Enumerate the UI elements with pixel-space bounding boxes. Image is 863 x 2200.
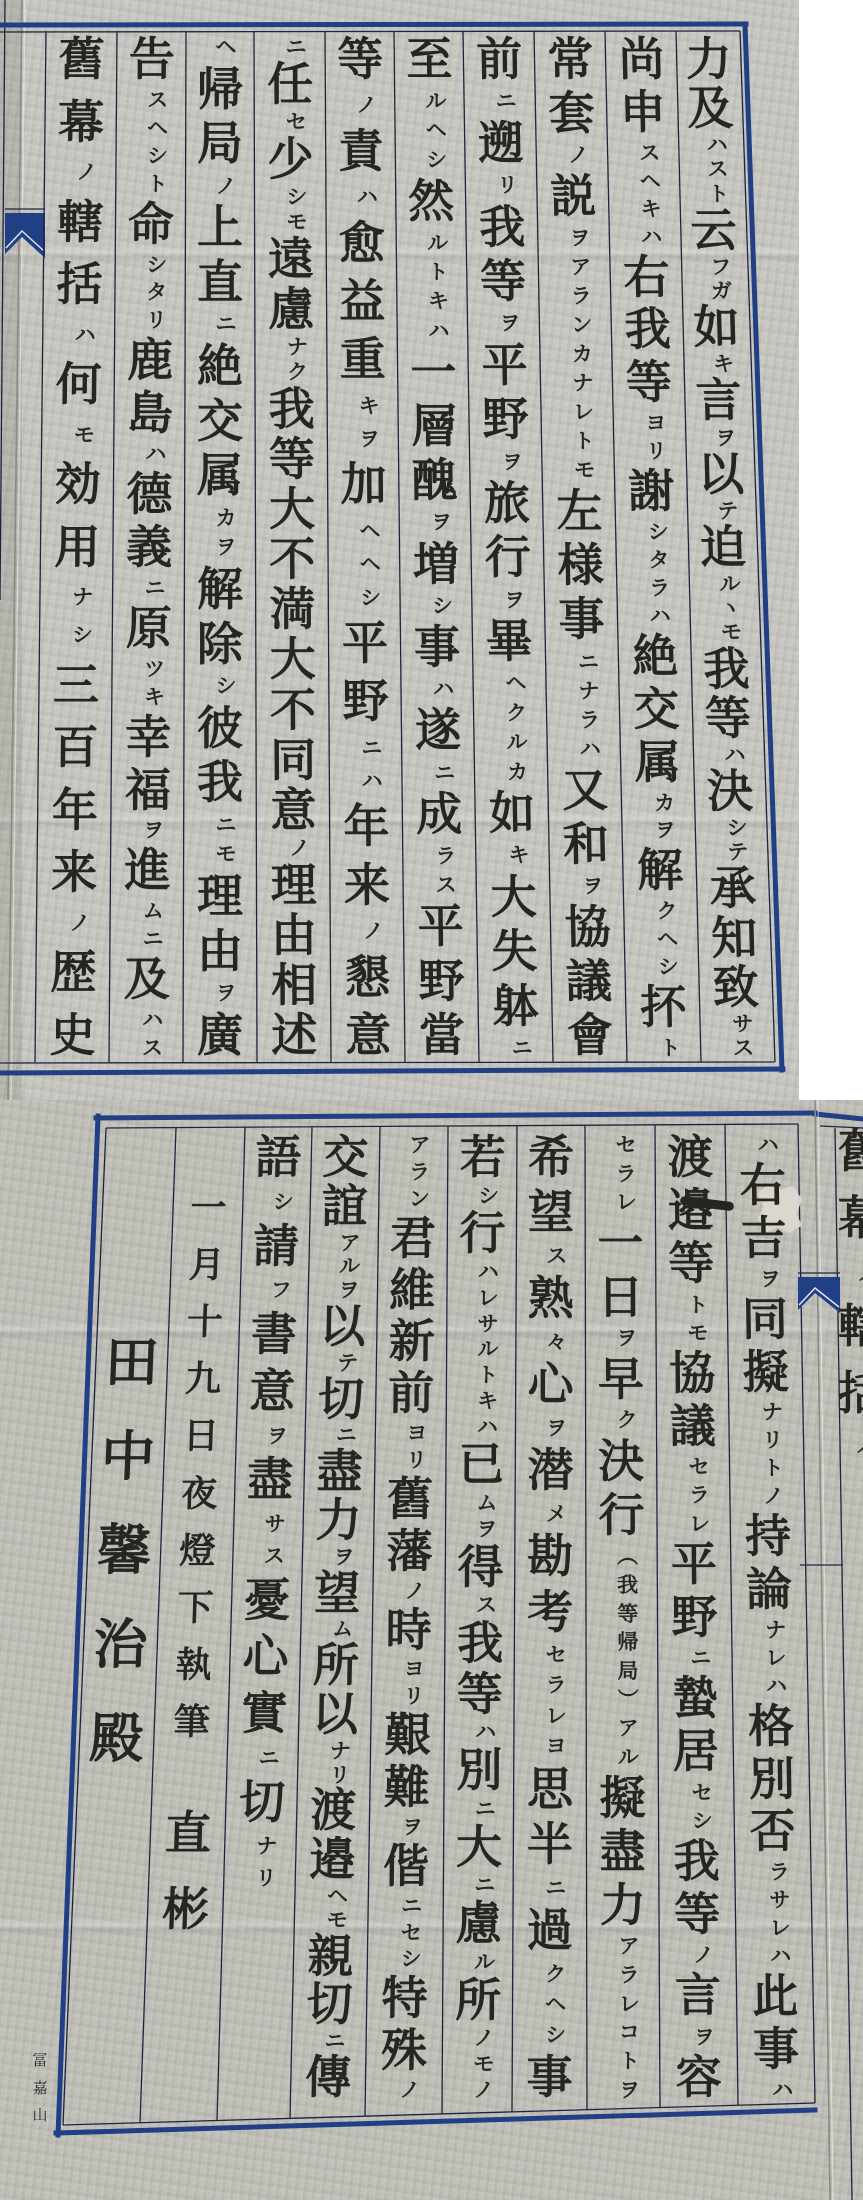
glyph: キ bbox=[144, 686, 165, 707]
glyph: 馨 bbox=[96, 1523, 152, 1577]
glyph: 以 bbox=[697, 451, 744, 497]
glyph: 帰 bbox=[617, 1631, 638, 1652]
glyph: 日 bbox=[598, 1274, 644, 1320]
glyph: ノ bbox=[404, 1580, 425, 1601]
glyph: キ bbox=[358, 395, 379, 416]
glyph: 一 bbox=[597, 1220, 643, 1266]
glyph: ヨ bbox=[404, 1658, 425, 1679]
glyph: 前 bbox=[476, 36, 523, 82]
glyph: 容 bbox=[676, 2054, 722, 2100]
glyph: 失 bbox=[491, 928, 538, 974]
glyph: 年 bbox=[343, 803, 389, 849]
glyph: ラ bbox=[570, 285, 591, 306]
glyph: 議 bbox=[565, 958, 612, 1004]
glyph: ル bbox=[427, 232, 448, 253]
glyph: ニ bbox=[336, 1424, 357, 1445]
glyph: ア bbox=[618, 1717, 639, 1738]
glyph: ヽ bbox=[720, 597, 742, 618]
glyph: 然 bbox=[408, 178, 455, 224]
glyph: モ bbox=[286, 211, 307, 232]
glyph: 局 bbox=[197, 120, 243, 166]
glyph: 盡 bbox=[316, 1448, 363, 1494]
glyph: 邉 bbox=[667, 1187, 713, 1233]
glyph: 考 bbox=[527, 1589, 573, 1635]
glyph: セ bbox=[546, 1644, 567, 1665]
glyph: 思 bbox=[527, 1766, 573, 1812]
glyph: ヘ bbox=[359, 520, 380, 541]
glyph: 躰 bbox=[492, 983, 539, 1029]
glyph: 田 bbox=[104, 1335, 160, 1389]
glyph: 至 bbox=[406, 36, 453, 82]
glyph: ヲ bbox=[476, 1518, 497, 1539]
glyph: ノ bbox=[568, 144, 589, 165]
glyph: ラ bbox=[435, 845, 456, 866]
glyph: 福 bbox=[125, 767, 171, 813]
glyph: ト bbox=[619, 2050, 640, 2071]
glyph: 平 bbox=[671, 1541, 717, 1587]
glyph: 下 bbox=[177, 1590, 214, 1626]
glyph: 々 bbox=[546, 1331, 567, 1352]
glyph: ス bbox=[142, 1037, 163, 1058]
glyph: 等 bbox=[668, 1240, 714, 1286]
text-column: 舊幕ノ轄括ハ何モ効用ナシ三百年来ノ歴史 bbox=[38, 36, 117, 1058]
glyph: ラ bbox=[579, 709, 600, 730]
glyph: ニ bbox=[144, 577, 165, 598]
glyph: ハ bbox=[772, 2079, 793, 2100]
glyph: 局 bbox=[617, 1660, 638, 1681]
glyph: 交 bbox=[197, 398, 243, 444]
glyph: 日 bbox=[183, 1418, 220, 1454]
glyph: ル bbox=[425, 90, 446, 111]
glyph: ヲ bbox=[546, 1417, 567, 1438]
glyph: モ bbox=[574, 459, 595, 480]
next-sheet-text-column: 舊幕ノ轄括ハ bbox=[826, 1128, 863, 1458]
glyph: 切 bbox=[306, 1981, 353, 2027]
glyph: 套 bbox=[548, 90, 595, 136]
glyph: 意 bbox=[270, 787, 316, 833]
glyph: 彬 bbox=[162, 1886, 210, 1932]
glyph: シ bbox=[400, 1948, 421, 1969]
glyph: ノ bbox=[763, 1485, 784, 1506]
glyph: ヲ bbox=[582, 875, 603, 896]
glyph: ハ bbox=[477, 1416, 498, 1437]
glyph: 邉 bbox=[309, 1836, 356, 1882]
glyph: カ bbox=[654, 792, 675, 813]
glyph: ラ bbox=[619, 1964, 640, 1985]
glyph: 属 bbox=[197, 452, 243, 498]
glyph: 等 bbox=[269, 436, 315, 482]
glyph: 會 bbox=[566, 1012, 613, 1058]
glyph: 艱 bbox=[384, 1712, 430, 1758]
glyph: ニ bbox=[474, 1874, 495, 1895]
glyph: 同 bbox=[741, 1296, 788, 1342]
glyph: 藩 bbox=[386, 1528, 432, 1574]
glyph: 懇 bbox=[345, 954, 391, 1000]
glyph: 偕 bbox=[383, 1843, 429, 1889]
glyph: ス bbox=[546, 1245, 567, 1266]
glyph: 論 bbox=[746, 1566, 793, 1612]
glyph: ン bbox=[571, 314, 592, 335]
glyph: ヲ bbox=[499, 312, 520, 333]
glyph: ラ bbox=[409, 1161, 430, 1182]
glyph: 所 bbox=[313, 1642, 360, 1688]
glyph: 属 bbox=[634, 739, 681, 785]
glyph: 等 bbox=[704, 695, 751, 741]
glyph: 冨 bbox=[32, 2053, 47, 2068]
glyph: 幸 bbox=[125, 714, 171, 760]
glyph: 常 bbox=[547, 36, 594, 82]
glyph: 熟 bbox=[528, 1275, 574, 1321]
paper-maker-mark: 冨嘉山 bbox=[28, 2053, 52, 2123]
glyph: リ bbox=[329, 1764, 350, 1785]
glyph: ラ bbox=[546, 1674, 567, 1695]
glyph: 傳 bbox=[305, 2054, 352, 2100]
glyph: 希 bbox=[528, 1134, 574, 1180]
glyph: 盡 bbox=[600, 1828, 646, 1874]
glyph: 命 bbox=[128, 201, 174, 247]
glyph: 加 bbox=[340, 461, 386, 507]
glyph: 慮 bbox=[455, 1900, 501, 1946]
glyph: ヲ bbox=[694, 2026, 715, 2047]
glyph: シ bbox=[545, 2024, 566, 2045]
glyph: リ bbox=[406, 1449, 427, 1470]
glyph: 直 bbox=[164, 1810, 212, 1856]
text-column: セラレ一日ヲ早ク決行︵我等帰局︶アル擬盡力アラレコトヲ bbox=[585, 1134, 659, 2100]
glyph: 任 bbox=[267, 61, 313, 107]
glyph: 持 bbox=[745, 1513, 792, 1559]
glyph: 居 bbox=[672, 1728, 718, 1774]
glyph: ヘ bbox=[426, 119, 447, 140]
glyph: ノ bbox=[76, 161, 97, 182]
glyph: レ bbox=[573, 401, 594, 422]
glyph: 一 bbox=[410, 349, 457, 395]
glyph: 心 bbox=[528, 1361, 574, 1407]
glyph: 月 bbox=[188, 1247, 225, 1283]
glyph: 事 bbox=[753, 2026, 800, 2072]
glyph: ニ bbox=[324, 2030, 345, 2051]
glyph: 和 bbox=[563, 821, 610, 867]
glyph: 渡 bbox=[667, 1134, 713, 1180]
glyph: 層 bbox=[411, 403, 458, 449]
glyph: リ bbox=[403, 1685, 424, 1706]
glyph: ム bbox=[476, 1492, 497, 1513]
glyph: 請 bbox=[253, 1223, 300, 1269]
glyph: 等 bbox=[674, 1891, 720, 1937]
glyph: ノ bbox=[69, 912, 90, 933]
glyph: コ bbox=[619, 2021, 640, 2042]
glyph: ヲ bbox=[359, 428, 380, 449]
glyph: シ bbox=[273, 1191, 295, 1212]
glyph: ハ bbox=[433, 678, 454, 699]
glyph: 同 bbox=[270, 737, 316, 783]
glyph: 擬 bbox=[742, 1349, 789, 1395]
glyph: 年 bbox=[52, 787, 98, 833]
glyph: 申 bbox=[619, 89, 666, 135]
text-column: アラン君維新前ヨリ舊藩ノ時ヨリ艱難ヲ偕ニセシ特殊ノ bbox=[369, 1134, 449, 2100]
glyph: ハ bbox=[145, 443, 166, 464]
glyph: ヘ bbox=[360, 553, 381, 574]
glyph: 難 bbox=[384, 1764, 430, 1810]
glyph: 致 bbox=[712, 964, 759, 1010]
glyph: 筆 bbox=[173, 1704, 210, 1740]
glyph: 九 bbox=[184, 1361, 221, 1397]
glyph: ヲ bbox=[143, 819, 164, 840]
glyph: 由 bbox=[197, 928, 243, 974]
back-sheet-rule bbox=[0, 0, 5, 600]
letter-page-2: ハ右吉ヲ同擬ナリトノ持論ナレハ格別否ラサレハ此事ハ 渡邉等トモ協議セラレ平野ニ蟄… bbox=[0, 1100, 863, 2200]
glyph: 行 bbox=[598, 1492, 644, 1538]
glyph: 否 bbox=[749, 1808, 796, 1854]
glyph: 治 bbox=[92, 1617, 148, 1671]
glyph: 等 bbox=[625, 359, 672, 405]
glyph: 潜 bbox=[527, 1447, 573, 1493]
glyph: 切 bbox=[238, 1779, 285, 1825]
text-column: 渡邉等トモ協議セラレ平野ニ蟄居セシ我等ノ言ヲ容 bbox=[655, 1134, 734, 2100]
glyph: シ bbox=[648, 521, 669, 542]
glyph: 括 bbox=[838, 1370, 863, 1416]
glyph: 不 bbox=[270, 687, 316, 733]
glyph: 鹿 bbox=[127, 337, 173, 383]
glyph: 醜 bbox=[412, 457, 459, 503]
glyph: 説 bbox=[550, 173, 597, 219]
glyph: ハ bbox=[428, 320, 449, 341]
glyph: 中 bbox=[100, 1429, 156, 1483]
glyph: 遂 bbox=[415, 707, 462, 753]
glyph: 史 bbox=[50, 1012, 96, 1058]
glyph: シ bbox=[72, 624, 93, 645]
glyph: 心 bbox=[242, 1633, 289, 1679]
glyph: 得 bbox=[457, 1544, 503, 1590]
glyph: 切 bbox=[318, 1376, 365, 1422]
glyph: ス bbox=[733, 1037, 755, 1058]
glyph: ヲ bbox=[504, 589, 525, 610]
glyph: カ bbox=[216, 507, 237, 528]
glyph: キ bbox=[428, 290, 449, 311]
glyph: ヲ bbox=[569, 227, 590, 248]
glyph: ハ bbox=[475, 1721, 496, 1742]
glyph: ル bbox=[719, 573, 741, 594]
glyph: ノ bbox=[857, 1262, 863, 1283]
glyph: 意 bbox=[249, 1368, 296, 1414]
glyph: 満 bbox=[269, 586, 315, 632]
border-top-next-sheet bbox=[815, 1114, 863, 1119]
glyph: 若 bbox=[460, 1134, 506, 1180]
glyph: ト bbox=[659, 1037, 680, 1058]
glyph: ハ bbox=[650, 605, 671, 626]
glyph: 盡 bbox=[247, 1456, 294, 1502]
glyph: 愈 bbox=[339, 220, 385, 266]
glyph: 廣 bbox=[197, 1012, 243, 1058]
glyph: 責 bbox=[338, 128, 384, 174]
glyph: ム bbox=[332, 1618, 353, 1639]
glyph: ス bbox=[476, 1594, 497, 1615]
glyph: 我 bbox=[457, 1620, 503, 1666]
glyph: 我 bbox=[269, 386, 315, 432]
glyph: 決 bbox=[598, 1438, 644, 1484]
glyph: ス bbox=[147, 89, 168, 110]
text-column: 告スヘシト命シタリ鹿島ハ德義ニ原ツキ幸福ヲ進ムニ及ハス bbox=[111, 36, 187, 1058]
glyph: 實 bbox=[241, 1690, 288, 1736]
glyph: サ bbox=[264, 1513, 286, 1534]
glyph: レ bbox=[770, 1917, 791, 1938]
glyph: ハ bbox=[758, 1134, 779, 1155]
glyph: 理 bbox=[271, 862, 317, 908]
glyph: 協 bbox=[669, 1350, 715, 1396]
text-column: ニ任セ少シモ遠慮ナク我等大不満大不同意ノ理由相述 bbox=[255, 36, 329, 1058]
glyph: 増 bbox=[413, 541, 460, 587]
glyph: 告 bbox=[129, 36, 175, 82]
glyph: 成 bbox=[416, 791, 463, 837]
glyph: 決 bbox=[706, 768, 753, 814]
glyph: ト bbox=[147, 173, 168, 194]
glyph: タ bbox=[648, 549, 669, 570]
glyph: 我 bbox=[197, 759, 243, 805]
glyph: 我 bbox=[624, 306, 671, 352]
glyph: ト bbox=[762, 1457, 783, 1478]
glyph: キ bbox=[640, 198, 661, 219]
glyph: ︵ bbox=[617, 1545, 638, 1566]
glyph: レ bbox=[546, 1705, 567, 1726]
glyph: ノ bbox=[399, 2079, 420, 2100]
glyph: ノ bbox=[289, 837, 310, 858]
glyph: 特 bbox=[381, 1975, 427, 2021]
glyph: 事 bbox=[558, 596, 605, 642]
glyph: レ bbox=[616, 1191, 637, 1212]
glyph: 帰 bbox=[197, 66, 243, 112]
text-column: 至ルヘシ然ルトキハ一層醜ヲ増シ事ハ遂ニ成ラス平野當 bbox=[394, 36, 477, 1058]
glyph: 轄 bbox=[838, 1303, 863, 1349]
glyph: 憂 bbox=[244, 1577, 291, 1623]
glyph: 舊 bbox=[59, 36, 105, 82]
glyph: ニ bbox=[495, 90, 516, 111]
glyph: シ bbox=[478, 1185, 499, 1206]
glyph: 執 bbox=[175, 1647, 212, 1683]
glyph: 十 bbox=[186, 1304, 223, 1340]
glyph: ナ bbox=[256, 1835, 278, 1856]
glyph: ハ bbox=[142, 1009, 163, 1030]
glyph: テ bbox=[727, 841, 749, 862]
glyph: 轄 bbox=[57, 199, 103, 245]
glyph: 如 bbox=[693, 304, 740, 350]
glyph: 右 bbox=[739, 1162, 786, 1208]
glyph: 解 bbox=[197, 566, 243, 612]
glyph: 過 bbox=[527, 1907, 573, 1953]
glyph: ヨ bbox=[546, 1735, 567, 1756]
glyph: 益 bbox=[339, 278, 385, 324]
glyph: ヘ bbox=[327, 1885, 348, 1906]
glyph: ハ bbox=[724, 744, 746, 765]
glyph: メ bbox=[546, 1503, 567, 1524]
glyph: フ bbox=[710, 256, 732, 277]
border-bottom bbox=[0, 1069, 783, 1073]
glyph: ハ bbox=[357, 186, 378, 207]
glyph: セ bbox=[691, 1782, 712, 1803]
glyph: 尚 bbox=[618, 36, 665, 82]
glyph: 大 bbox=[490, 874, 537, 920]
glyph: ト bbox=[573, 430, 594, 451]
text-column: 希望ス熟々心ヲ潜メ勘考セラレヨ思半ニ過クヘシ事 bbox=[514, 1134, 586, 2100]
glyph: モ bbox=[721, 621, 743, 642]
glyph: ニ bbox=[545, 1877, 566, 1898]
glyph: ナ bbox=[572, 372, 593, 393]
glyph: ヲ bbox=[338, 1279, 359, 1300]
glyph: ノ bbox=[216, 175, 237, 196]
glyph: 遠 bbox=[268, 236, 314, 282]
glyph: ニ bbox=[578, 651, 599, 672]
glyph: ヲ bbox=[216, 982, 237, 1003]
glyph: ヲ bbox=[431, 511, 452, 532]
glyph: 平 bbox=[417, 903, 464, 949]
glyph: 力 bbox=[315, 1497, 362, 1543]
glyph: 除 bbox=[197, 621, 243, 667]
glyph: ヘ bbox=[545, 1993, 566, 2014]
glyph: ︶ bbox=[618, 1689, 639, 1710]
glyph: 畢 bbox=[486, 618, 533, 664]
glyph: ル bbox=[477, 1338, 498, 1359]
glyph: 我 bbox=[703, 646, 750, 692]
glyph: 慮 bbox=[268, 286, 314, 332]
glyph: ア bbox=[409, 1134, 430, 1155]
glyph: 我 bbox=[674, 1838, 720, 1884]
border-top bbox=[96, 1113, 815, 1118]
glyph: 云 bbox=[690, 207, 737, 253]
glyph: 歴 bbox=[50, 949, 96, 995]
glyph: ナ bbox=[72, 586, 93, 607]
glyph: 等 bbox=[457, 1671, 503, 1717]
glyph: 遡 bbox=[477, 120, 524, 166]
glyph: ノ bbox=[693, 1944, 714, 1965]
glyph: 等 bbox=[337, 36, 383, 82]
glyph: リ bbox=[497, 174, 518, 195]
glyph: ノ bbox=[473, 2027, 494, 2048]
glyph: モ bbox=[687, 1322, 708, 1343]
glyph: 理 bbox=[197, 873, 243, 919]
glyph: ヲ bbox=[715, 427, 737, 448]
glyph: 別 bbox=[456, 1747, 502, 1793]
glyph: セ bbox=[286, 111, 307, 132]
glyph: ハ bbox=[770, 1945, 791, 1966]
glyph: 已 bbox=[458, 1441, 504, 1487]
glyph: ク bbox=[617, 1409, 638, 1430]
glyph: 我 bbox=[479, 204, 526, 250]
glyph: 時 bbox=[385, 1607, 431, 1653]
glyph: 野 bbox=[482, 396, 529, 442]
glyph: 殿 bbox=[89, 1711, 145, 1765]
glyph: 事 bbox=[414, 624, 461, 670]
signature: 直彬 bbox=[150, 1810, 224, 1932]
glyph: ク bbox=[506, 702, 527, 723]
glyph: 半 bbox=[527, 1821, 573, 1867]
glyph: 望 bbox=[314, 1570, 361, 1616]
glyph: リ bbox=[762, 1429, 783, 1450]
glyph: ル bbox=[474, 1951, 495, 1972]
glyph: 嘉 bbox=[32, 2081, 47, 2096]
glyph: シ bbox=[216, 675, 237, 696]
glyph: 直 bbox=[197, 259, 243, 305]
glyph: ア bbox=[570, 256, 591, 277]
glyph: 以 bbox=[319, 1303, 366, 1349]
glyph: 如 bbox=[489, 790, 536, 836]
glyph: サ bbox=[477, 1313, 498, 1334]
glyph: 行 bbox=[459, 1210, 505, 1256]
glyph: 上 bbox=[197, 204, 243, 250]
glyph: タ bbox=[146, 281, 167, 302]
fishtail-mark-icon bbox=[5, 213, 45, 258]
glyph: ト bbox=[708, 183, 730, 204]
glyph: シ bbox=[658, 956, 679, 977]
glyph: 野 bbox=[671, 1594, 717, 1640]
glyph: ハ bbox=[362, 770, 383, 791]
